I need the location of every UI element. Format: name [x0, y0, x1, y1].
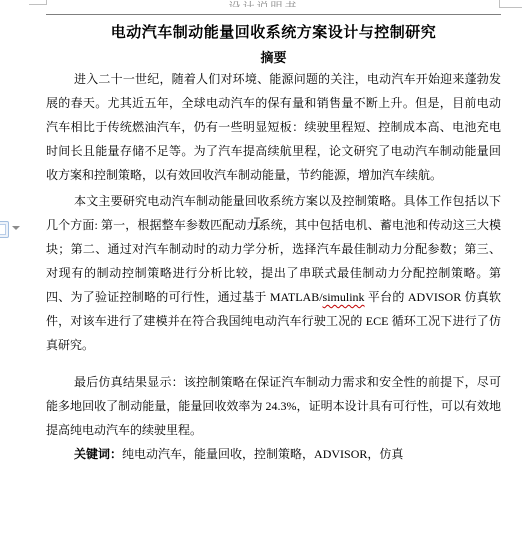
- simulink-misspelled-word: simulink: [323, 290, 365, 304]
- abstract-page-content: 电动汽车制动能量回收系统方案设计与控制研究 摘要 进入二十一世纪，随着人们对环境…: [46, 0, 501, 466]
- abstract-heading: 摘要: [46, 51, 501, 65]
- document-page: 设计说明书 电动汽车制动能量回收系统方案设计与控制研究 摘要 进入二十一世纪，随…: [0, 0, 527, 535]
- advisor-text: ADVISOR: [408, 290, 461, 304]
- ibeam-cursor-icon: [253, 216, 261, 234]
- keywords-text: 纯电动汽车，能量回收，控制策略，: [122, 447, 314, 461]
- paragraph-text: 本文主要研究电动汽车制动能量回收系统方案以及控制策略。具体工作包括以下几个方面:…: [46, 194, 501, 304]
- ece-text: ECE: [366, 314, 389, 328]
- document-title: 电动汽车制动能量回收系统方案设计与控制研究: [46, 24, 501, 42]
- abstract-paragraph-1[interactable]: 进入二十一世纪，随着人们对环境、能源问题的关注，电动汽车开始迎来蓬勃发展的春天。…: [46, 67, 501, 187]
- paragraph-text: 平台的: [365, 290, 408, 304]
- text-boundary-corner-mark-top-right: [499, 0, 522, 8]
- paragraph-text: 进入二十一世纪，随着人们对环境、能源问题的关注，电动汽车开始迎来蓬勃发展的春天。…: [46, 72, 501, 182]
- recovery-efficiency-value: 24.3%: [266, 399, 297, 413]
- abstract-paragraph-2[interactable]: 本文主要研究电动汽车制动能量回收系统方案以及控制策略。具体工作包括以下几个方面:…: [46, 189, 501, 357]
- abstract-paragraph-3[interactable]: 最后仿真结果显示：该控制策略在保证汽车制动力需求和安全性的前提下，尽可能多地回收…: [46, 370, 501, 442]
- clipboard-sheet-icon: [0, 224, 6, 235]
- keywords-line[interactable]: 关键词：纯电动汽车，能量回收，控制策略，ADVISOR，仿真: [46, 442, 501, 466]
- paste-options-icon[interactable]: [0, 221, 9, 238]
- keywords-text: ，仿真: [367, 447, 403, 461]
- chevron-down-icon[interactable]: [12, 226, 20, 230]
- matlab-text: MATLAB/: [270, 290, 323, 304]
- text-boundary-corner-mark-top-left: [29, 0, 47, 5]
- keywords-label: 关键词：: [74, 447, 122, 461]
- keywords-advisor: ADVISOR: [314, 447, 367, 461]
